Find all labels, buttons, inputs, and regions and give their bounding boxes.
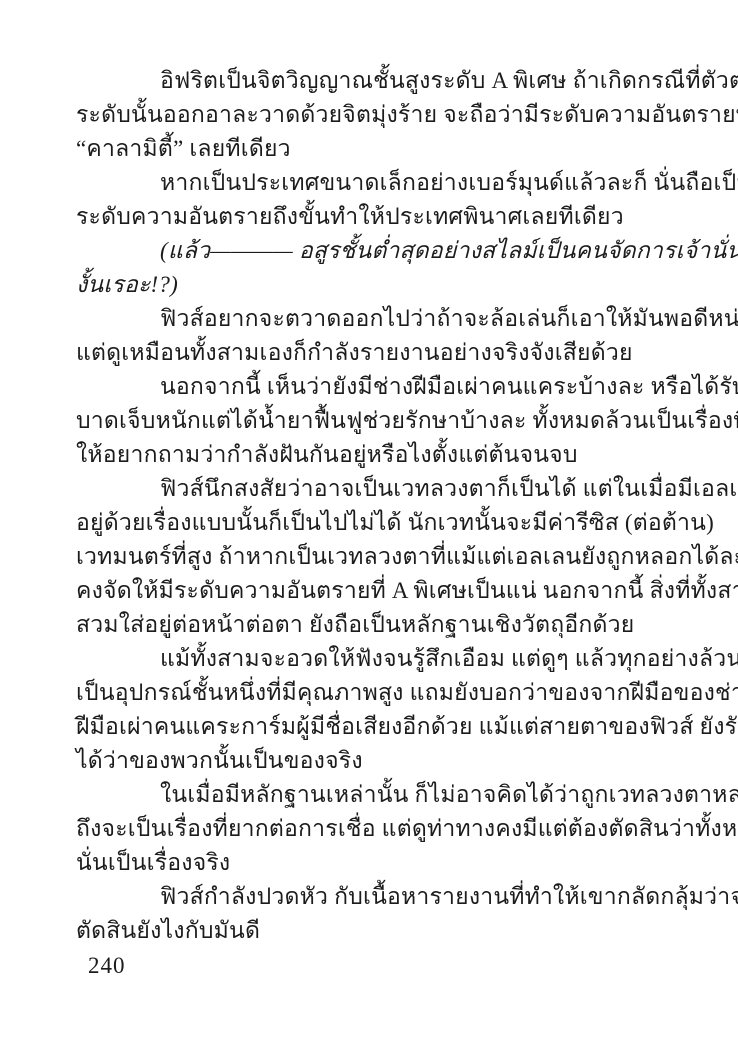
text-line: นอกจากนี้ เห็นว่ายังมีช่างฝีมือเผ่าคนแคร… bbox=[76, 370, 662, 404]
text-line: ตัดสินยังไงกับมันดี bbox=[76, 914, 662, 948]
book-page: อิฟริตเป็นจิตวิญญาณชั้นสูงระดับ A พิเศษ … bbox=[0, 0, 738, 1051]
text-line: สวมใส่อยู่ต่อหน้าต่อตา ยังถือเป็นหลักฐาน… bbox=[76, 608, 662, 642]
text-line: นั่นเป็นเรื่องจริง bbox=[76, 846, 662, 880]
text-line: อยู่ด้วยเรื่องแบบนั้นก็เป็นไปไม่ได้ นักเ… bbox=[76, 506, 662, 540]
text-line: ถึงจะเป็นเรื่องที่ยากต่อการเชื่อ แต่ดูท่… bbox=[76, 812, 662, 846]
text-line: เวทมนตร์ที่สูง ถ้าหากเป็นเวทลวงตาที่แม้แ… bbox=[76, 540, 662, 574]
text-line: ฟิวส์กำลังปวดหัว กับเนื้อหารายงานที่ทำให… bbox=[76, 880, 662, 914]
text-line: ฝีมือเผ่าคนแคระการ์มผู้มีชื่อเสียงอีกด้ว… bbox=[76, 710, 662, 744]
text-line-inner-thought: งั้นเรอะ!?) bbox=[76, 268, 662, 302]
text-line: แม้ทั้งสามจะอวดให้ฟังจนรู้สึกเอือม แต่ดู… bbox=[76, 642, 662, 676]
text-line: ระดับความอันตรายถึงขั้นทำให้ประเทศพินาศเ… bbox=[76, 200, 662, 234]
text-line: ในเมื่อมีหลักฐานเหล่านั้น ก็ไม่อาจคิดได้… bbox=[76, 778, 662, 812]
text-line: ระดับนั้นออกอาละวาดด้วยจิตมุ่งร้าย จะถือ… bbox=[76, 98, 662, 132]
text-line: อิฟริตเป็นจิตวิญญาณชั้นสูงระดับ A พิเศษ … bbox=[76, 64, 662, 98]
text-line: ได้ว่าของพวกนั้นเป็นของจริง bbox=[76, 744, 662, 778]
text-line: บาดเจ็บหนักแต่ได้น้ำยาฟื้นฟูช่วยรักษาบ้า… bbox=[76, 404, 662, 438]
text-line: ฟิวส์อยากจะตวาดออกไปว่าถ้าจะล้อเล่นก็เอา… bbox=[76, 302, 662, 336]
page-text: อิฟริตเป็นจิตวิญญาณชั้นสูงระดับ A พิเศษ … bbox=[76, 64, 662, 948]
page-number: 240 bbox=[88, 952, 126, 980]
text-line: ฟิวส์นึกสงสัยว่าอาจเป็นเวทลวงตาก็เป็นได้… bbox=[76, 472, 662, 506]
text-line: ให้อยากถามว่ากำลังฝันกันอยู่หรือไงตั้งแต… bbox=[76, 438, 662, 472]
text-line-inner-thought: (แล้ว———— อสูรชั้นต่ำสุดอย่างสไลม์เป็นคน… bbox=[76, 234, 662, 268]
text-line: คงจัดให้มีระดับความอันตรายที่ A พิเศษเป็… bbox=[76, 574, 662, 608]
text-line: หากเป็นประเทศขนาดเล็กอย่างเบอร์มุนด์แล้ว… bbox=[76, 166, 662, 200]
text-line: แต่ดูเหมือนทั้งสามเองก็กำลังรายงานอย่างจ… bbox=[76, 336, 662, 370]
text-line: “คาลามิตี้” เลยทีเดียว bbox=[76, 132, 662, 166]
text-line: เป็นอุปกรณ์ชั้นหนึ่งที่มีคุณภาพสูง แถมยั… bbox=[76, 676, 662, 710]
